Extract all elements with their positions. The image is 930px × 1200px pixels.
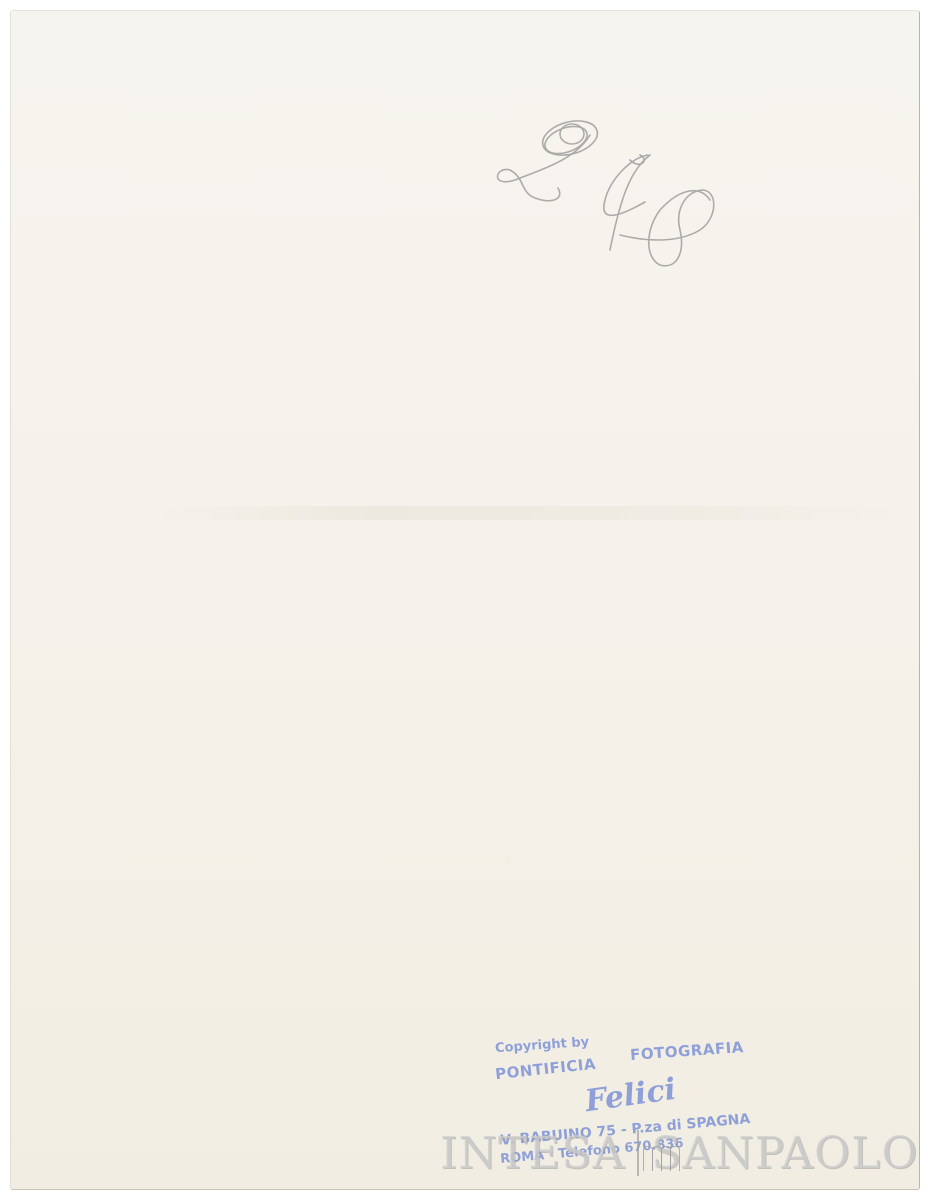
stamp-copyright: Copyright by xyxy=(495,1035,590,1057)
show-through-mark xyxy=(141,506,921,520)
stamp-pontificia: PONTIFICIA xyxy=(494,1055,596,1083)
watermark-right: SANPAOLO xyxy=(651,1128,918,1179)
stamp-fotografia: FOTOGRAFIA xyxy=(630,1038,745,1064)
photo-back-paper xyxy=(10,10,920,1190)
pencil-annotation: 248 xyxy=(480,100,740,290)
intesa-sanpaolo-watermark: INTESA SANPAOLO xyxy=(440,1128,910,1178)
watermark-left: INTESA xyxy=(440,1128,625,1179)
intesa-sanpaolo-logo-icon xyxy=(637,1130,639,1176)
stamp-felici: Felici xyxy=(583,1072,678,1119)
